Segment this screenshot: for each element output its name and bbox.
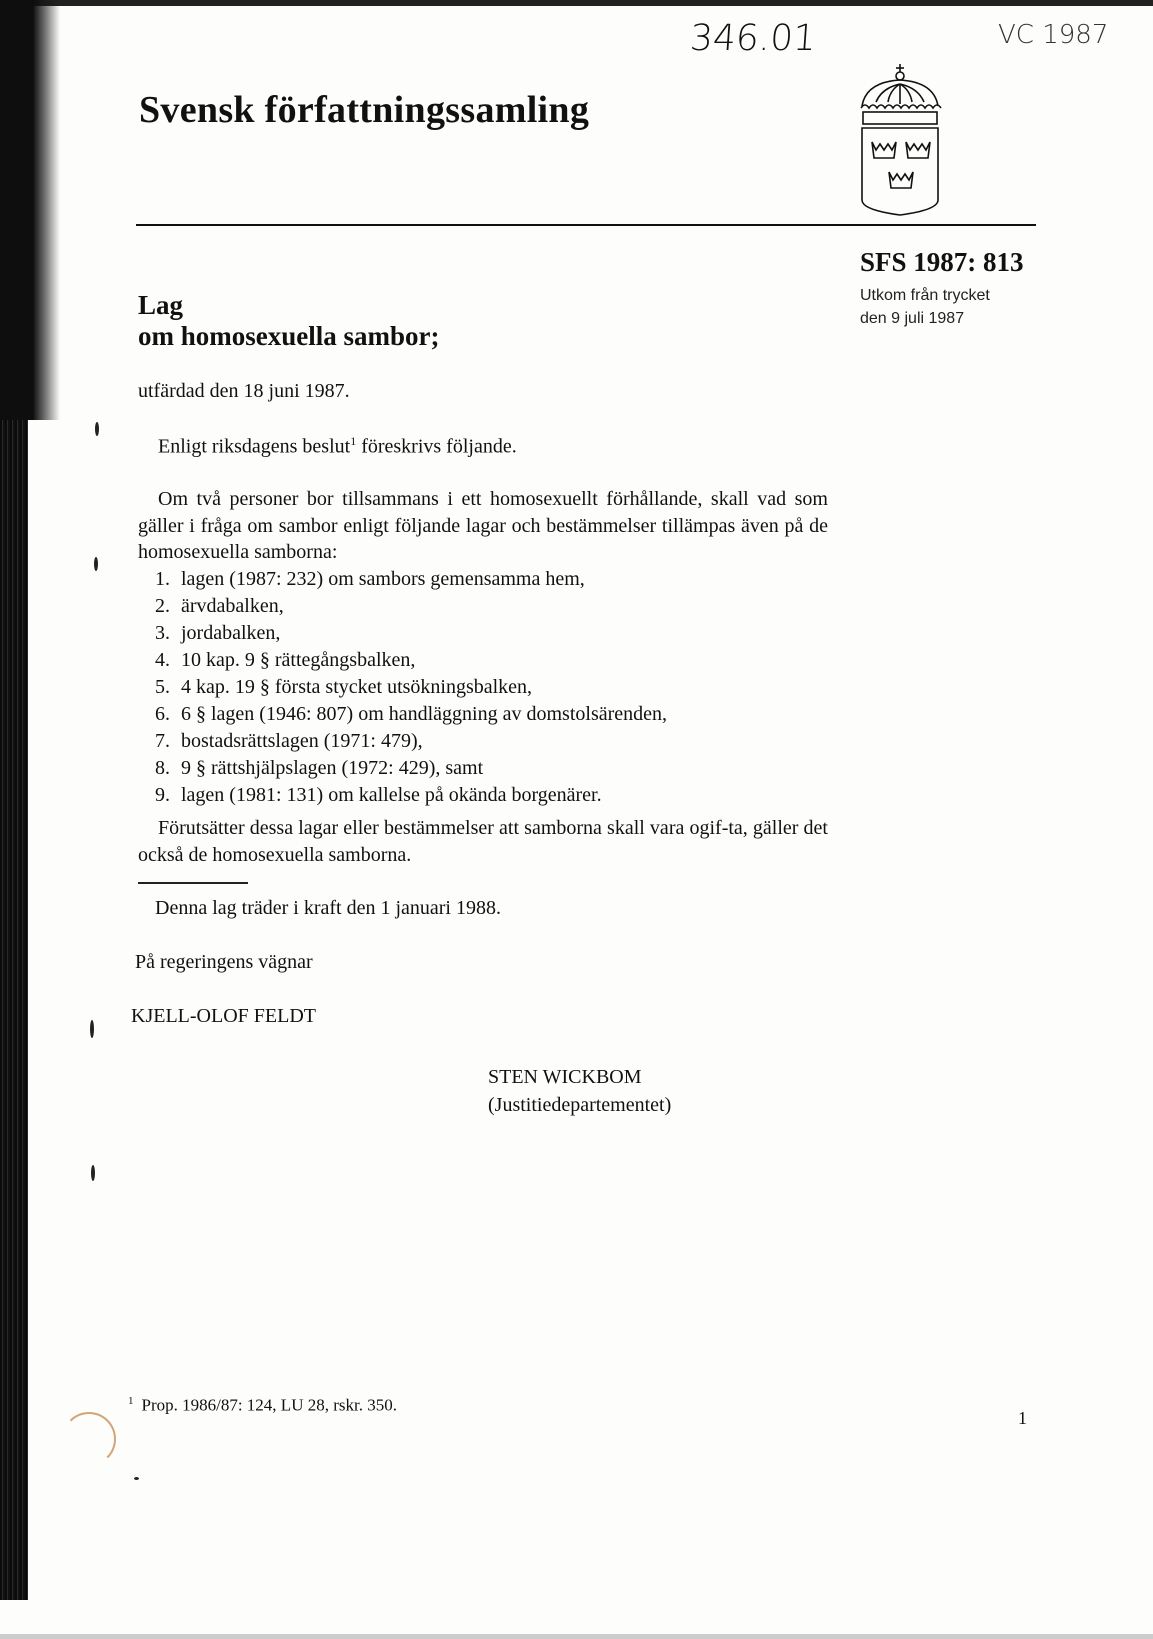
scan-top-edge (0, 0, 1153, 6)
effective-date: Denna lag träder i kraft den 1 januari 1… (155, 897, 501, 920)
department: (Justitiedepartementet) (488, 1094, 671, 1117)
masthead-rule (136, 224, 1036, 226)
list-item: 9.lagen (1981: 131) om kallelse på okänd… (155, 782, 667, 809)
list-item: 5.4 kap. 19 § första stycket utsökningsb… (155, 674, 667, 701)
on-behalf-of-government: På regeringens vägnar (135, 951, 313, 974)
law-title-heading: Lag (138, 290, 183, 321)
paragraph-2: Förutsätter dessa lagar eller bestämmels… (138, 815, 828, 869)
list-item: 2.ärvdabalken, (155, 593, 667, 620)
footnote-marker: 1 (128, 1395, 134, 1407)
handwritten-code: VC 1987 (998, 20, 1108, 50)
list-item: 4.10 kap. 9 § rättegångsbalken, (155, 647, 667, 674)
scan-speck (95, 422, 99, 436)
list-item: 8.9 § rättshjälpslagen (1972: 429), samt (155, 755, 667, 782)
list-item: 1.lagen (1987: 232) om sambors gemensamm… (155, 566, 667, 593)
preamble-text-end: föreskrivs följande. (356, 436, 517, 458)
list-item: 7.bostadsrättslagen (1971: 479), (155, 728, 667, 755)
sfs-issued-line-1: Utkom från trycket (860, 284, 990, 307)
issued-date: utfärdad den 18 juni 1987. (138, 380, 350, 403)
signatory-official: STEN WICKBOM (488, 1066, 642, 1089)
sfs-publication-date: Utkom från trycket den 9 juli 1987 (860, 284, 990, 330)
scan-speck (94, 557, 98, 571)
swedish-coat-of-arms-icon (856, 62, 944, 217)
scan-speck (91, 1165, 95, 1181)
sfs-issued-line-2: den 9 juli 1987 (860, 307, 990, 330)
scan-bottom-edge (0, 1634, 1153, 1639)
signatory-minister: KJELL-OLOF FELDT (131, 1005, 316, 1028)
preamble-text: Enligt riksdagens beslut (158, 436, 350, 458)
list-item: 6.6 § lagen (1946: 807) om handläggning … (155, 701, 667, 728)
preamble: Enligt riksdagens beslut1 föreskrivs föl… (158, 434, 517, 459)
scan-speck (90, 1020, 94, 1038)
section-divider (138, 882, 248, 884)
handwritten-number: 346.01 (689, 18, 818, 59)
paragraph-1: Om två personer bor tillsammans i ett ho… (138, 486, 828, 566)
law-title-subject: om homosexuella sambor; (138, 321, 439, 352)
scan-speck (134, 1477, 139, 1480)
footnote: 1Prop. 1986/87: 124, LU 28, rskr. 350. (128, 1395, 397, 1416)
sfs-number: SFS 1987: 813 (860, 247, 1024, 278)
scan-binding-shadow-top (0, 0, 60, 420)
publication-title: Svensk författningssamling (139, 88, 589, 132)
list-item: 3.jordabalken, (155, 620, 667, 647)
law-list: 1.lagen (1987: 232) om sambors gemensamm… (155, 566, 667, 809)
scan-stain (62, 1412, 116, 1466)
page-number: 1 (1018, 1408, 1027, 1429)
footnote-text: Prop. 1986/87: 124, LU 28, rskr. 350. (142, 1396, 397, 1415)
